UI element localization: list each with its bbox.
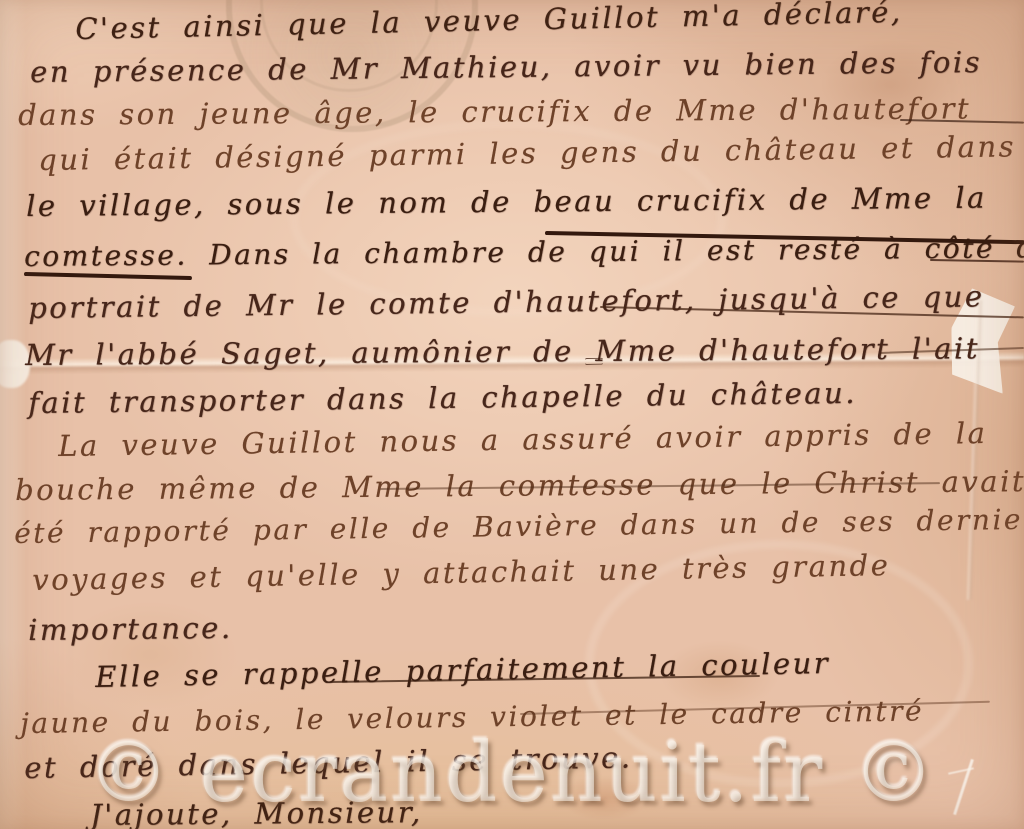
manuscript-line: fait transporter dans la chapelle du châ… [28,376,857,420]
manuscript-line: et doré dans lequel il se trouve. [24,740,633,785]
manuscript-line: le village, sous le nom de beau crucifix… [26,181,987,223]
document-page: C'est ainsi que la veuve Guillot m'a déc… [0,0,1024,829]
manuscript-line: en présence de Mr Mathieu, avoir vu bien… [30,45,982,89]
ink-double-underline-mme [585,358,603,365]
manuscript-line: dans son jeune âge, le crucifix de Mme d… [18,91,971,132]
ink-underline-comtesse [24,272,192,280]
manuscript-line: importance. [28,611,233,647]
manuscript-line: C'est ainsi que la veuve Guillot m'a déc… [75,0,903,46]
manuscript-line: J'ajoute, Monsieur, [90,795,423,829]
manuscript-line: portrait de Mr le comte d'hautefort, jus… [28,279,985,325]
manuscript-line: qui était désigné parmi les gens du chât… [38,129,1016,177]
manuscript-line: La veuve Guillot nous a assuré avoir app… [58,416,988,463]
paper-stain [560,775,650,821]
manuscript-line: Mr l'abbé Saget, aumônier de Mme d'haute… [25,331,980,372]
manuscript-line: été rapporté par elle de Bavière dans un… [14,502,1024,550]
